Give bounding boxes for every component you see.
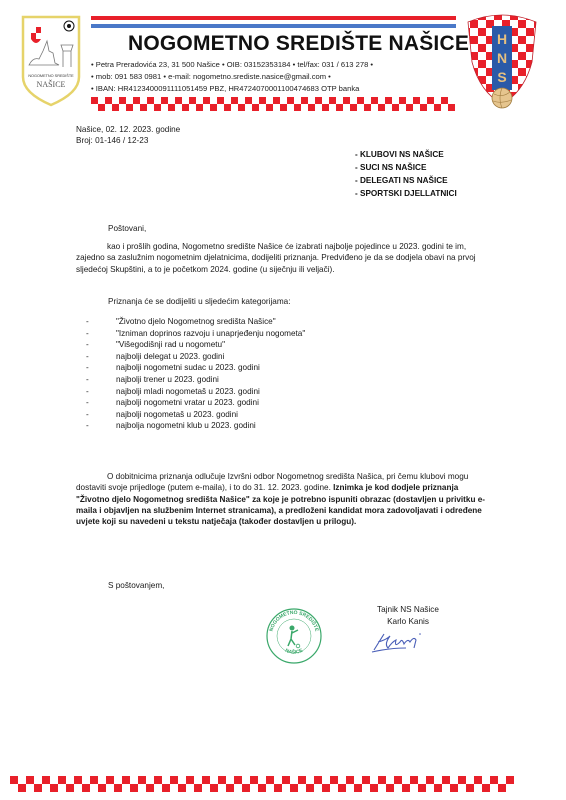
list-bullet: - xyxy=(86,339,116,351)
award-category-label: "Višegodišnji rad u nogometu" xyxy=(116,339,225,351)
recipient-item: - SUCI NS NAŠICE xyxy=(355,161,457,174)
list-bullet: - xyxy=(86,420,116,432)
recipients-list: - KLUBOVI NS NAŠICE - SUCI NS NAŠICE - D… xyxy=(355,148,457,200)
ns-nasice-crest-icon: NOGOMETNO SREDIŠTE NAŠICE xyxy=(21,15,81,107)
organization-title: NOGOMETNO SREDIŠTE NAŠICE xyxy=(128,32,469,56)
hns-crest-icon: H N S xyxy=(462,12,542,110)
award-category-label: "Izniman doprinos razvoju i unaprjeđenju… xyxy=(116,328,305,340)
decision-paragraph: O dobitnicima priznanja odlučuje Izvršni… xyxy=(76,471,488,527)
svg-text:NOGOMETNO SREDIŠTE: NOGOMETNO SREDIŠTE xyxy=(269,610,320,633)
award-category-label: najbolji trener u 2023. godini xyxy=(116,374,219,386)
official-stamp: NOGOMETNO SREDIŠTE NAŠICE xyxy=(264,606,324,666)
list-bullet: - xyxy=(86,386,116,398)
svg-text:NAŠICE: NAŠICE xyxy=(284,647,304,655)
award-category-item: -najbolji nogometni sudac u 2023. godini xyxy=(86,362,386,374)
categories-intro: Priznanja će se dodijeliti u sljedećim k… xyxy=(108,296,291,307)
ns-nasice-crest-logo: NOGOMETNO SREDIŠTE NAŠICE xyxy=(21,15,81,107)
award-category-item: -"Životno djelo Nogometnog središta Naši… xyxy=(86,316,386,328)
list-bullet: - xyxy=(86,362,116,374)
award-category-item: -"Izniman doprinos razvoju i unaprjeđenj… xyxy=(86,328,386,340)
recipient-item: - KLUBOVI NS NAŠICE xyxy=(355,148,457,161)
intro-paragraph-text: kao i prošlih godina, Nogometno središte… xyxy=(76,241,488,275)
list-bullet: - xyxy=(86,374,116,386)
signatory-title: Tajnik NS Našice xyxy=(374,604,442,615)
list-bullet: - xyxy=(86,316,116,328)
award-category-item: -najbolji nogometaš u 2023. godini xyxy=(86,409,386,421)
award-category-label: najbolja nogometni klub u 2023. godini xyxy=(116,420,256,432)
contact-iban-line: • IBAN: HR4123400091111051459 PBZ, HR472… xyxy=(91,84,359,93)
header-stripe-red xyxy=(91,16,456,20)
svg-text:H: H xyxy=(497,31,507,47)
award-category-label: "Životno djelo Nogometnog središta Našic… xyxy=(116,316,276,328)
contact-phone-email-line: • mob: 091 583 0981 • e-mail: nogometno.… xyxy=(91,72,331,81)
contact-address-line: • Petra Preradovića 23, 31 500 Našice • … xyxy=(91,60,373,69)
award-category-label: najbolji delegat u 2023. godini xyxy=(116,351,224,363)
list-bullet: - xyxy=(86,409,116,421)
greeting: Poštovani, xyxy=(108,223,146,234)
list-bullet: - xyxy=(86,328,116,340)
hns-crest-logo: H N S xyxy=(462,12,542,110)
award-category-item: -"Višegodišnji rad u nogometu" xyxy=(86,339,386,351)
checkerboard-divider-bottom xyxy=(10,776,516,792)
checkerboard-divider-top xyxy=(91,97,456,111)
award-category-item: -najbolji nogometni vratar u 2023. godin… xyxy=(86,397,386,409)
list-bullet: - xyxy=(86,397,116,409)
award-category-label: najbolji mladi nogometaš u 2023. godini xyxy=(116,386,260,398)
list-bullet: - xyxy=(86,351,116,363)
award-category-item: -najbolji trener u 2023. godini xyxy=(86,374,386,386)
header-stripe-blue xyxy=(91,24,456,28)
recipient-item: - DELEGATI NS NAŠICE xyxy=(355,174,457,187)
document-reference-number: Broj: 01-146 / 12-23 xyxy=(76,135,148,146)
award-category-item: -najbolji delegat u 2023. godini xyxy=(86,351,386,363)
award-category-label: najbolji nogometni sudac u 2023. godini xyxy=(116,362,260,374)
svg-text:NAŠICE: NAŠICE xyxy=(37,80,66,89)
award-category-label: najbolji nogometni vratar u 2023. godini xyxy=(116,397,259,409)
award-categories-list: -"Životno djelo Nogometnog središta Naši… xyxy=(86,316,386,432)
svg-text:NOGOMETNO SREDIŠTE: NOGOMETNO SREDIŠTE xyxy=(28,73,74,78)
closing-salutation: S poštovanjem, xyxy=(108,580,164,591)
svg-text:S: S xyxy=(497,69,506,85)
signature-icon xyxy=(370,628,430,654)
award-category-item: -najbolji mladi nogometaš u 2023. godini xyxy=(86,386,386,398)
award-category-item: -najbolja nogometni klub u 2023. godini xyxy=(86,420,386,432)
document-date: Našice, 02. 12. 2023. godine xyxy=(76,124,180,135)
svg-text:N: N xyxy=(497,50,507,66)
signatory-name: Karlo Kanis xyxy=(374,616,442,627)
recipient-item: - SPORTSKI DJELLATNICI xyxy=(355,187,457,200)
stamp-icon: NOGOMETNO SREDIŠTE NAŠICE xyxy=(264,606,324,666)
award-category-label: najbolji nogometaš u 2023. godini xyxy=(116,409,238,421)
intro-paragraph: kao i prošlih godina, Nogometno središte… xyxy=(76,241,488,275)
handwritten-signature xyxy=(370,628,430,654)
